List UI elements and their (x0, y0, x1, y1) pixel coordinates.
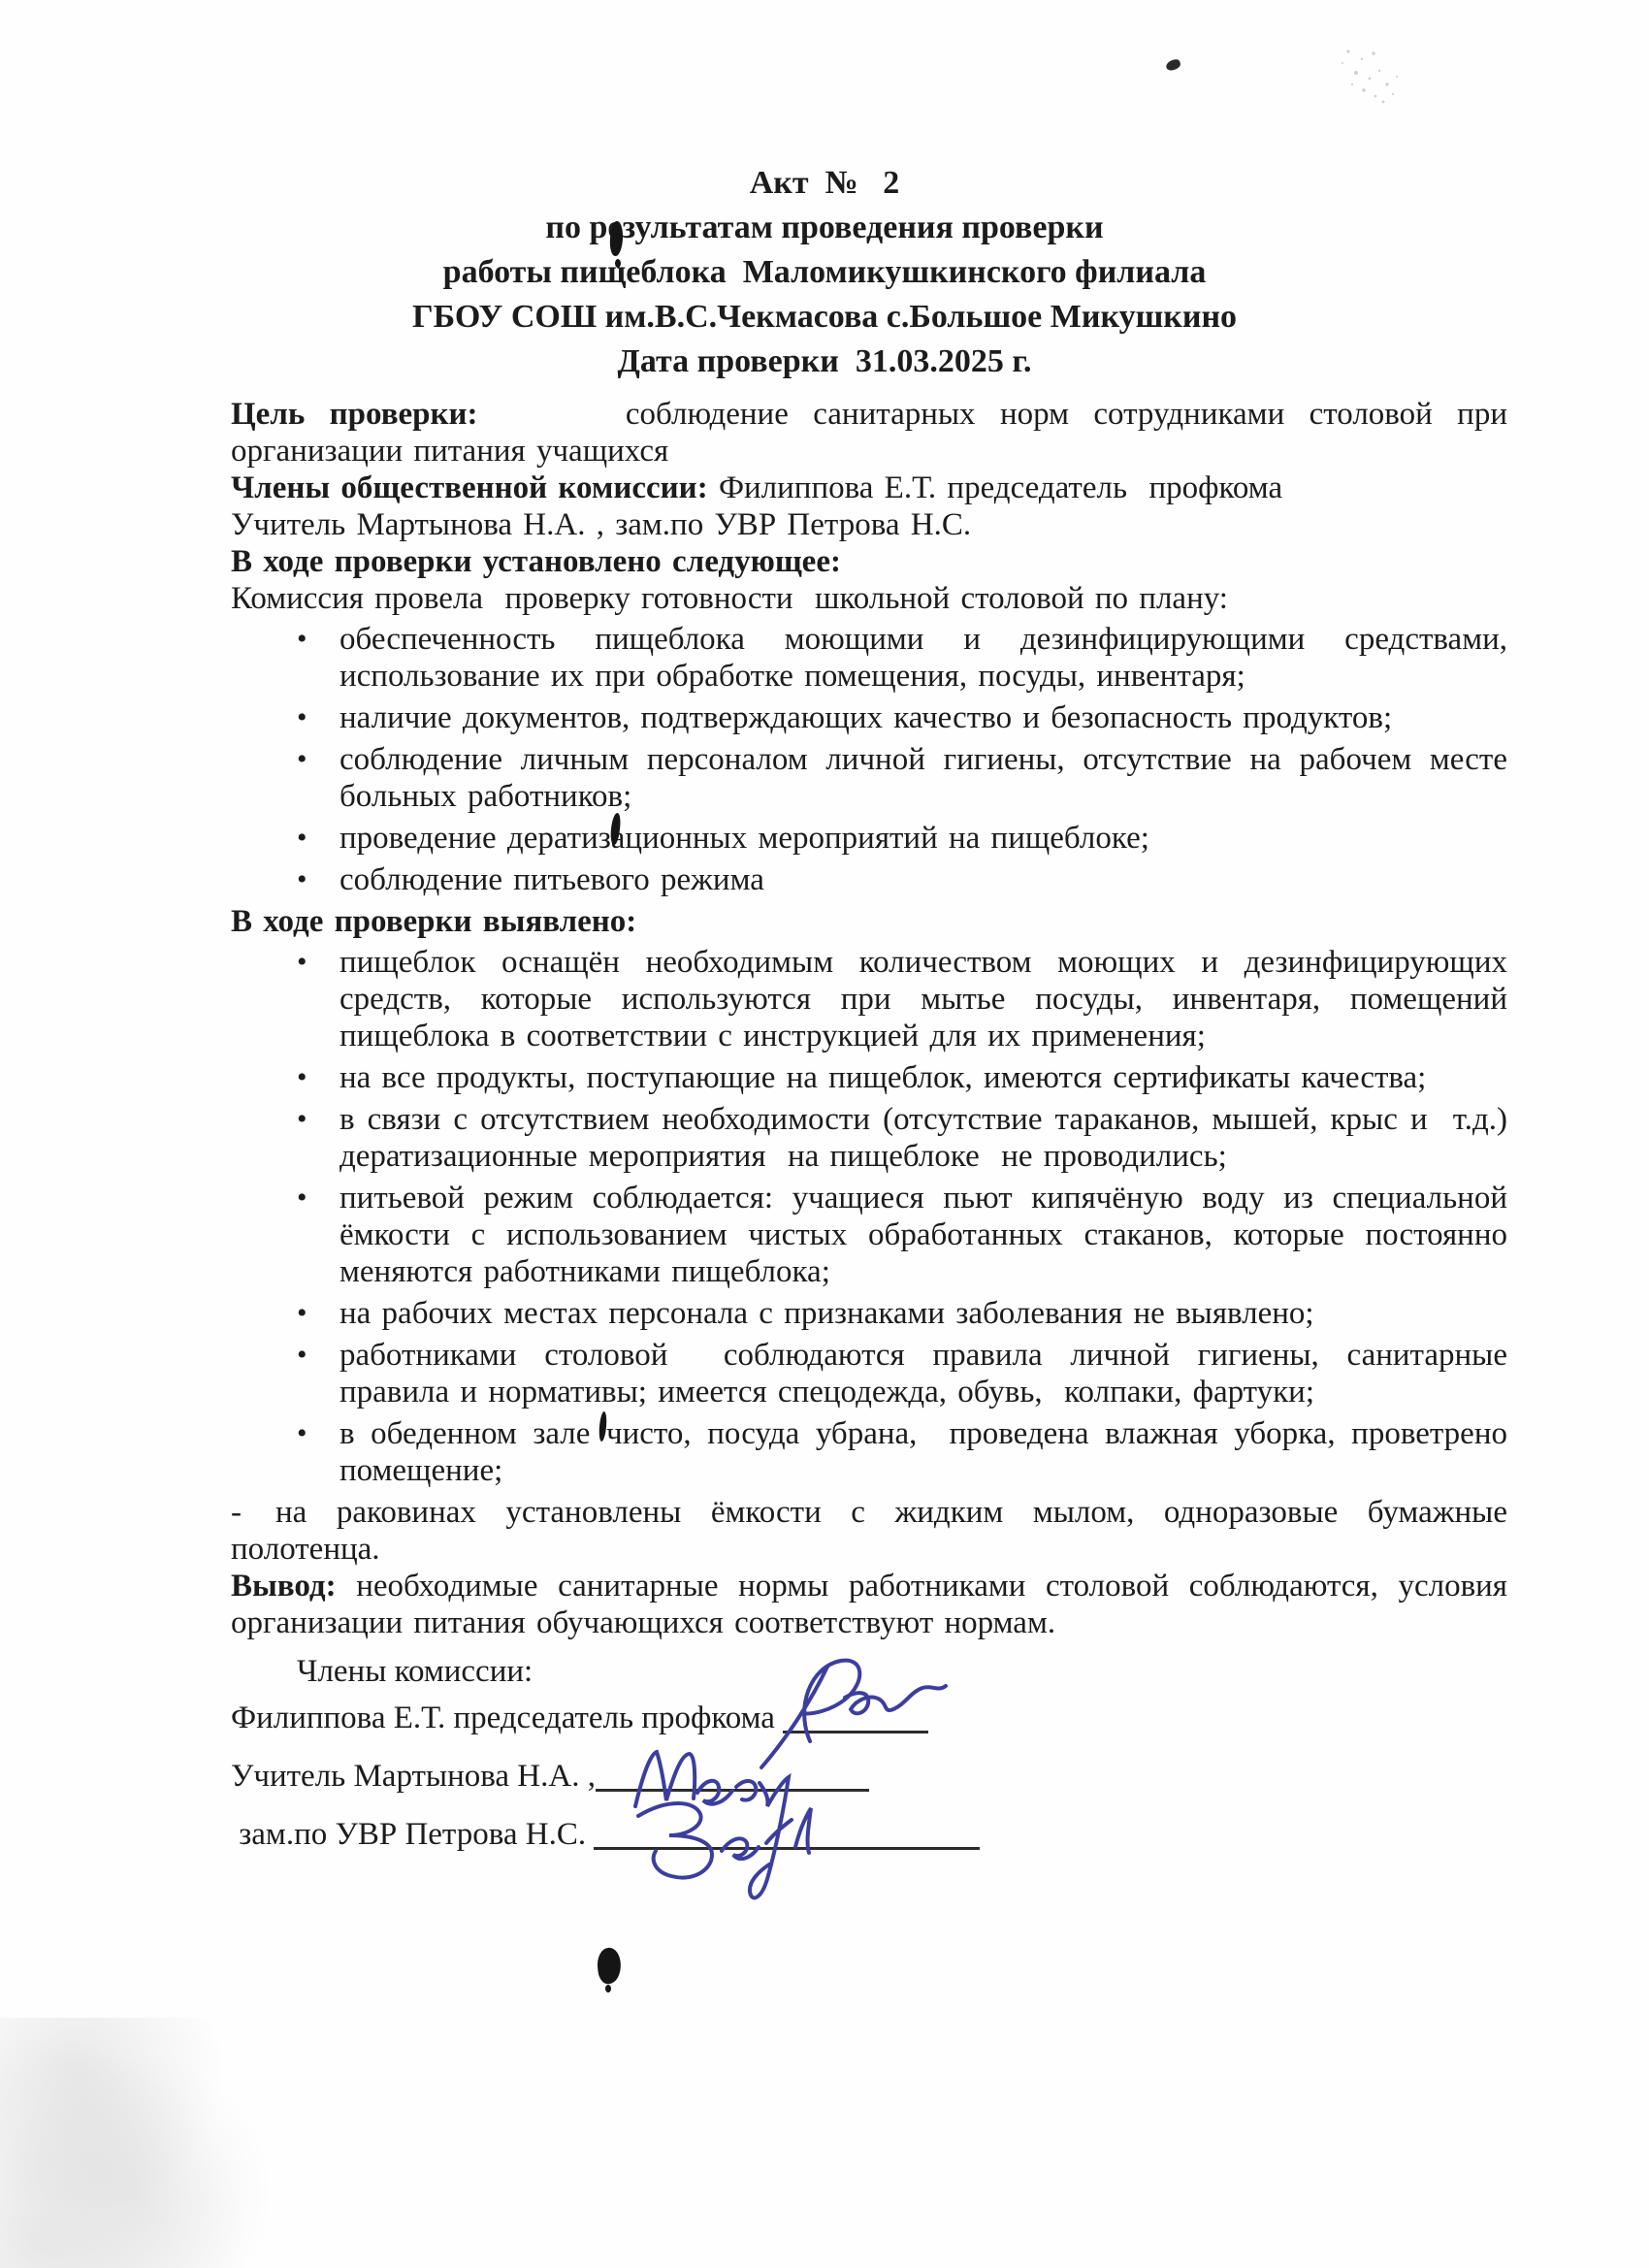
list-item: •проведение дератизационных мероприятий … (231, 820, 1507, 857)
list-item-text: проведение дератизационных мероприятий н… (339, 821, 1149, 856)
scanned-document-page: Акт № 2 по результатам проведения провер… (0, 0, 1649, 2268)
signature-row: Учитель Мартынова Н.А. , (231, 1754, 869, 1795)
members-text: Филиппова Е.Т. председатель профкома (708, 470, 1282, 505)
ink-dot-artifact (605, 1985, 611, 1993)
members-label: Члены общественной комиссии: (231, 470, 708, 505)
title-school-name: ГБОУ СОШ им.В.С.Чекмасова с.Большое Мику… (0, 295, 1649, 340)
signature-line (594, 1818, 980, 1850)
list-item: •в обеденном зале чисто, посуда убрана, … (231, 1415, 1507, 1489)
goal-label: Цель проверки: (231, 397, 478, 432)
bullet-marker: • (297, 1337, 326, 1374)
bullet-marker: • (297, 1295, 326, 1332)
plan-items-list: •обеспеченность пищеблока моющими и дези… (231, 621, 1507, 898)
bullet-marker: • (297, 741, 326, 778)
title-inspection-date: Дата проверки 31.03.2025 г. (0, 340, 1649, 384)
list-item: •на все продукты, поступающие на пищебло… (231, 1059, 1507, 1096)
bullet-marker: • (297, 861, 326, 898)
document-body: Цель проверки: соблюдение санитарных нор… (231, 396, 1507, 1641)
list-item-text: в обеденном зале чисто, посуда убрана, п… (339, 1416, 1507, 1488)
list-item-text: обеспеченность пищеблока моющими и дезин… (339, 622, 1507, 694)
list-item: •питьевой режим соблюдается: учащиеся пь… (231, 1180, 1507, 1290)
signer-name: Учитель Мартынова Н.А. , (231, 1759, 596, 1794)
list-item-text: в связи с отсутствием необходимости (отс… (339, 1102, 1507, 1174)
signer-name: Филиппова Е.Т. председатель профкома (231, 1701, 783, 1735)
members-line2: Учитель Мартынова Н.А. , зам.по УВР Петр… (231, 506, 1507, 543)
bullet-marker: • (297, 820, 326, 857)
document-title-block: Акт № 2 по результатам проведения провер… (0, 161, 1649, 384)
list-item-text: соблюдение личным персоналом личной гиги… (339, 742, 1507, 814)
scanner-noise-corner (0, 2018, 388, 2268)
list-item: •работниками столовой соблюдаются правил… (231, 1337, 1507, 1410)
list-item-text: работниками столовой соблюдаются правила… (339, 1338, 1507, 1409)
members-paragraph: Члены общественной комиссии: Филиппова Е… (231, 470, 1507, 506)
list-item: •на рабочих местах персонала с признакам… (231, 1295, 1507, 1332)
found-heading: В ходе проверки выявлено: (231, 903, 1507, 940)
signature-line (596, 1760, 869, 1792)
signature-row: зам.по УВР Петрова Н.С. (231, 1812, 980, 1853)
ink-dot-artifact (615, 259, 621, 268)
list-item-text: на все продукты, поступающие на пищеблок… (339, 1060, 1426, 1095)
bullet-marker: • (297, 1059, 326, 1096)
bullet-marker: • (297, 699, 326, 736)
signer-name: зам.по УВР Петрова Н.С. (231, 1817, 594, 1852)
list-item: •в связи с отсутствием необходимости (от… (231, 1101, 1507, 1175)
found-items-list: •пищеблок оснащён необходимым количество… (231, 944, 1507, 1489)
dash-marker: - (231, 1494, 275, 1531)
list-item: •соблюдение личным персоналом личной гиг… (231, 741, 1507, 815)
conclusion-text: необходимые санитарные нормы работниками… (231, 1569, 1507, 1640)
list-item: •пищеблок оснащён необходимым количество… (231, 944, 1507, 1054)
dash-text: на раковинах установлены ёмкости с жидки… (231, 1495, 1507, 1567)
bullet-marker: • (297, 1180, 326, 1216)
ink-blot-artifact (596, 1947, 623, 1985)
signature-row: Филиппова Е.Т. председатель профкома (231, 1696, 928, 1736)
scanner-speckle-cluster (1319, 34, 1436, 131)
list-item-text: соблюдение питьевого режима (339, 862, 764, 897)
list-item: •наличие документов, подтверждающих каче… (231, 699, 1507, 736)
goal-paragraph: Цель проверки: соблюдение санитарных нор… (231, 396, 1507, 470)
established-heading: В ходе проверки установлено следующее: (231, 543, 1507, 580)
conclusion-paragraph: Вывод: необходимые санитарные нормы рабо… (231, 1568, 1507, 1641)
ink-speck-artifact (1165, 58, 1181, 72)
list-item-text: наличие документов, подтверждающих качес… (339, 700, 1392, 735)
conclusion-label: Вывод: (231, 1569, 337, 1604)
list-item-text: пищеблок оснащён необходимым количеством… (339, 945, 1507, 1053)
list-item: •соблюдение питьевого режима (231, 861, 1507, 898)
bullet-marker: • (297, 1415, 326, 1452)
dash-paragraph: -на раковинах установлены ёмкости с жидк… (231, 1494, 1507, 1568)
list-item-text: на рабочих местах персонала с признаками… (339, 1296, 1314, 1331)
bullet-marker: • (297, 621, 326, 658)
title-subject-line1: по результатам проведения проверки (0, 206, 1649, 250)
list-item-text: питьевой режим соблюдается: учащиеся пью… (339, 1181, 1507, 1289)
list-item: •обеспеченность пищеблока моющими и дези… (231, 621, 1507, 695)
commission-members-heading: Члены комиссии: (297, 1654, 533, 1690)
bullet-marker: • (297, 944, 326, 981)
title-subject-line2: работы пищеблока Маломикушкинского филиа… (0, 250, 1649, 295)
title-act-number: Акт № 2 (0, 161, 1649, 206)
bullet-marker: • (297, 1101, 326, 1138)
commission-line: Комиссия провела проверку готовности шко… (231, 580, 1507, 617)
signature-line (783, 1701, 928, 1733)
